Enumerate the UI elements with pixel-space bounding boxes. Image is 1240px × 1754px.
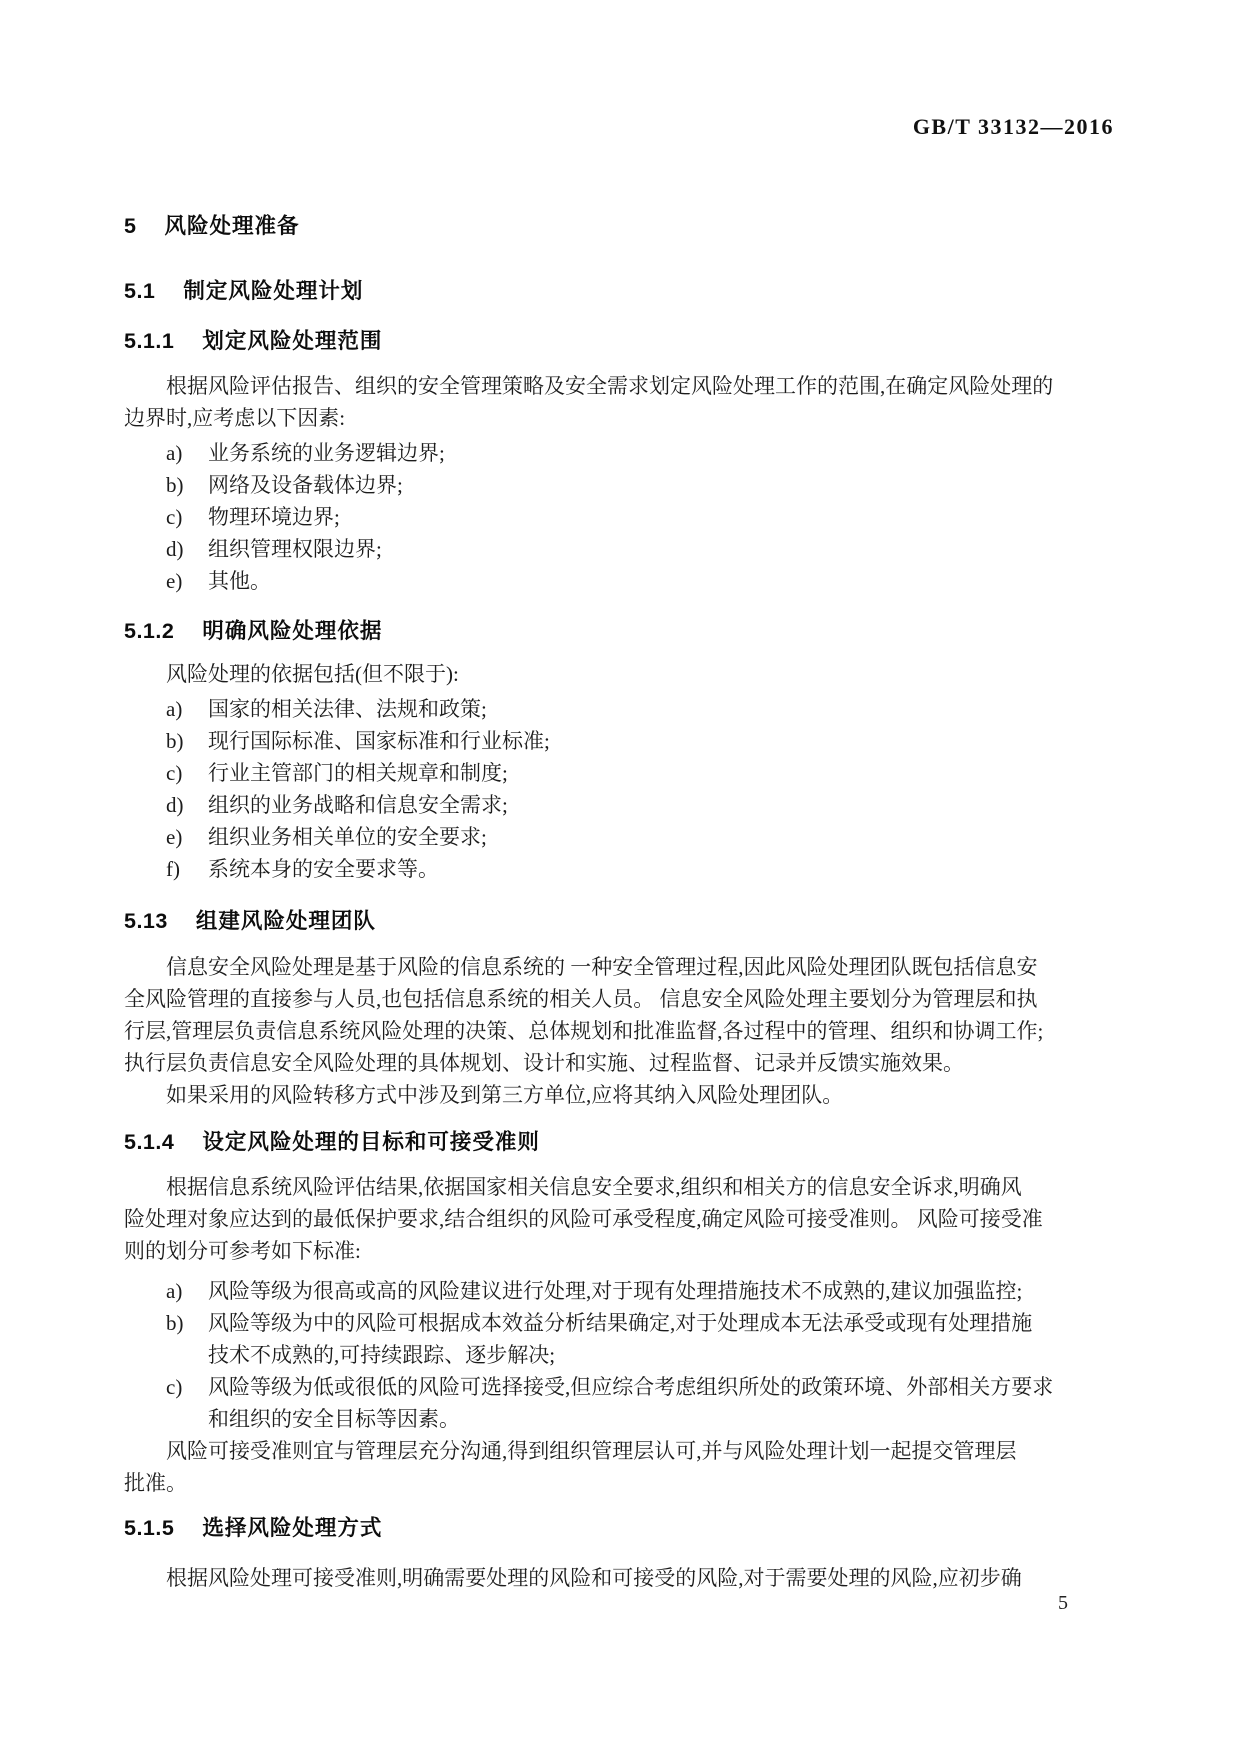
list-item-label: d) xyxy=(166,789,208,821)
paragraph-line: 风险等级为低或很低的风险可选择接受,但应综合考虑组织所处的政策环境、外部相关方要… xyxy=(208,1371,1100,1403)
list-item: a) 国家的相关法律、法规和政策; xyxy=(124,693,1100,725)
list-item: f) 系统本身的安全要求等。 xyxy=(124,853,1100,885)
content-area: 5风险处理准备 5.1制定风险处理计划 5.1.1划定风险处理范围 根据风险评估… xyxy=(124,0,1100,1594)
list-item: c) 风险等级为低或很低的风险可选择接受,但应综合考虑组织所处的政策环境、外部相… xyxy=(124,1371,1100,1435)
list-item-text: 业务系统的业务逻辑边界; xyxy=(208,437,1100,469)
subsection-heading: 5.13组建风险处理团队 xyxy=(124,905,1100,937)
list-item: a) 风险等级为很高或高的风险建议进行处理,对于现有处理措施技术不成熟的,建议加… xyxy=(124,1275,1100,1307)
chapter-title: 风险处理准备 xyxy=(164,214,299,238)
ordered-list: a) 国家的相关法律、法规和政策; b) 现行国际标准、国家标准和行业标准; c… xyxy=(124,693,1100,885)
subsection-heading: 5.1.4设定风险处理的目标和可接受准则 xyxy=(124,1126,1100,1158)
subsection-number: 5.13 xyxy=(124,909,168,933)
list-item-label: a) xyxy=(166,693,208,725)
paragraph-line: 则的划分可参考如下标准: xyxy=(124,1235,1100,1267)
paragraph: 如果采用的风险转移方式中涉及到第三方单位,应将其纳入风险处理团队。 xyxy=(124,1079,1100,1111)
list-item: b) 风险等级为中的风险可根据成本效益分析结果确定,对于处理成本无法承受或现有处… xyxy=(124,1307,1100,1371)
list-item-text: 风险等级为低或很低的风险可选择接受,但应综合考虑组织所处的政策环境、外部相关方要… xyxy=(208,1371,1100,1435)
paragraph: 风险处理的依据包括(但不限于): xyxy=(124,658,1100,690)
paragraph-line: 风险等级为中的风险可根据成本效益分析结果确定,对于处理成本无法承受或现有处理措施 xyxy=(208,1307,1100,1339)
paragraph-line: 如果采用的风险转移方式中涉及到第三方单位,应将其纳入风险处理团队。 xyxy=(124,1079,1100,1111)
subsection-heading: 5.1.5选择风险处理方式 xyxy=(124,1512,1100,1544)
list-item-text: 国家的相关法律、法规和政策; xyxy=(208,693,1100,725)
section-heading: 5.1制定风险处理计划 xyxy=(124,275,1100,307)
subsection-number: 5.1.2 xyxy=(124,619,174,643)
subsection-heading: 5.1.1划定风险处理范围 xyxy=(124,325,1100,357)
list-item: d) 组织管理权限边界; xyxy=(124,533,1100,565)
document-page: GB/T 33132—2016 5风险处理准备 5.1制定风险处理计划 5.1.… xyxy=(0,0,1240,1754)
subsection-number: 5.1.4 xyxy=(124,1130,174,1154)
chapter-number: 5 xyxy=(124,214,136,238)
section-title: 制定风险处理计划 xyxy=(183,279,363,303)
paragraph: 根据信息系统风险评估结果,依据国家相关信息安全要求,组织和相关方的信息安全诉求,… xyxy=(124,1171,1100,1267)
list-item: c) 行业主管部门的相关规章和制度; xyxy=(124,757,1100,789)
paragraph-line: 险处理对象应达到的最低保护要求,结合组织的风险可承受程度,确定风险可接受准则。 … xyxy=(124,1203,1100,1235)
section-number: 5.1 xyxy=(124,279,155,303)
list-item: e) 其他。 xyxy=(124,565,1100,597)
list-item-label: b) xyxy=(166,1307,208,1371)
paragraph: 根据风险评估报告、组织的安全管理策略及安全需求划定风险处理工作的范围,在确定风险… xyxy=(124,370,1100,434)
subsection-title: 明确风险处理依据 xyxy=(202,619,382,643)
ordered-list: a) 风险等级为很高或高的风险建议进行处理,对于现有处理措施技术不成熟的,建议加… xyxy=(124,1275,1100,1435)
chapter-heading: 5风险处理准备 xyxy=(124,210,1100,242)
paragraph-line: 风险处理的依据包括(但不限于): xyxy=(124,658,1100,690)
list-item-text: 风险等级为中的风险可根据成本效益分析结果确定,对于处理成本无法承受或现有处理措施… xyxy=(208,1307,1100,1371)
paragraph-line: 边界时,应考虑以下因素: xyxy=(124,402,1100,434)
page-number: 5 xyxy=(1058,1592,1068,1615)
list-item-label: a) xyxy=(166,1275,208,1307)
list-item: d) 组织的业务战略和信息安全需求; xyxy=(124,789,1100,821)
paragraph-line: 风险可接受准则宜与管理层充分沟通,得到组织管理层认可,并与风险处理计划一起提交管… xyxy=(124,1435,1100,1467)
paragraph-line: 执行层负责信息安全风险处理的具体规划、设计和实施、过程监督、记录并反馈实施效果。 xyxy=(124,1047,1100,1079)
subsection-title: 组建风险处理团队 xyxy=(196,909,376,933)
subsection-title: 选择风险处理方式 xyxy=(202,1516,382,1540)
subsection-number: 5.1.1 xyxy=(124,329,174,353)
paragraph-line: 技术不成熟的,可持续跟踪、逐步解决; xyxy=(208,1339,1100,1371)
paragraph: 根据风险处理可接受准则,明确需要处理的风险和可接受的风险,对于需要处理的风险,应… xyxy=(124,1562,1100,1594)
list-item-text: 网络及设备载体边界; xyxy=(208,469,1100,501)
subsection-title: 划定风险处理范围 xyxy=(202,329,382,353)
list-item-label: a) xyxy=(166,437,208,469)
list-item-label: c) xyxy=(166,757,208,789)
list-item-label: c) xyxy=(166,1371,208,1435)
list-item: a) 业务系统的业务逻辑边界; xyxy=(124,437,1100,469)
list-item-text: 组织的业务战略和信息安全需求; xyxy=(208,789,1100,821)
list-item-text: 组织业务相关单位的安全要求; xyxy=(208,821,1100,853)
subsection-heading: 5.1.2明确风险处理依据 xyxy=(124,615,1100,647)
paragraph-line: 全风险管理的直接参与人员,也包括信息系统的相关人员。 信息安全风险处理主要划分为… xyxy=(124,983,1100,1015)
subsection-number: 5.1.5 xyxy=(124,1516,174,1540)
list-item-label: b) xyxy=(166,469,208,501)
paragraph-line: 根据风险评估报告、组织的安全管理策略及安全需求划定风险处理工作的范围,在确定风险… xyxy=(124,370,1100,402)
paragraph: 风险可接受准则宜与管理层充分沟通,得到组织管理层认可,并与风险处理计划一起提交管… xyxy=(124,1435,1100,1499)
list-item-text: 行业主管部门的相关规章和制度; xyxy=(208,757,1100,789)
list-item: b) 现行国际标准、国家标准和行业标准; xyxy=(124,725,1100,757)
paragraph: 信息安全风险处理是基于风险的信息系统的 一种安全管理过程,因此风险处理团队既包括… xyxy=(124,951,1100,1079)
list-item: b) 网络及设备载体边界; xyxy=(124,469,1100,501)
list-item-text: 物理环境边界; xyxy=(208,501,1100,533)
subsection-title: 设定风险处理的目标和可接受准则 xyxy=(202,1130,540,1154)
ordered-list: a) 业务系统的业务逻辑边界; b) 网络及设备载体边界; c) 物理环境边界;… xyxy=(124,437,1100,597)
list-item-label: b) xyxy=(166,725,208,757)
paragraph-line: 批准。 xyxy=(124,1467,1100,1499)
list-item: e) 组织业务相关单位的安全要求; xyxy=(124,821,1100,853)
paragraph-line: 信息安全风险处理是基于风险的信息系统的 一种安全管理过程,因此风险处理团队既包括… xyxy=(124,951,1100,983)
paragraph-line: 和组织的安全目标等因素。 xyxy=(208,1403,1100,1435)
list-item-label: d) xyxy=(166,533,208,565)
list-item-text: 组织管理权限边界; xyxy=(208,533,1100,565)
list-item-label: f) xyxy=(166,853,208,885)
list-item-label: e) xyxy=(166,821,208,853)
paragraph-line: 根据信息系统风险评估结果,依据国家相关信息安全要求,组织和相关方的信息安全诉求,… xyxy=(124,1171,1100,1203)
list-item-text: 其他。 xyxy=(208,565,1100,597)
paragraph-line: 行层,管理层负责信息系统风险处理的决策、总体规划和批准监督,各过程中的管理、组织… xyxy=(124,1015,1100,1047)
paragraph-line: 根据风险处理可接受准则,明确需要处理的风险和可接受的风险,对于需要处理的风险,应… xyxy=(124,1562,1100,1594)
list-item-label: e) xyxy=(166,565,208,597)
list-item: c) 物理环境边界; xyxy=(124,501,1100,533)
list-item-text: 风险等级为很高或高的风险建议进行处理,对于现有处理措施技术不成熟的,建议加强监控… xyxy=(208,1275,1100,1307)
list-item-text: 系统本身的安全要求等。 xyxy=(208,853,1100,885)
paragraph-line: 风险等级为很高或高的风险建议进行处理,对于现有处理措施技术不成熟的,建议加强监控… xyxy=(208,1275,1100,1307)
list-item-text: 现行国际标准、国家标准和行业标准; xyxy=(208,725,1100,757)
list-item-label: c) xyxy=(166,501,208,533)
